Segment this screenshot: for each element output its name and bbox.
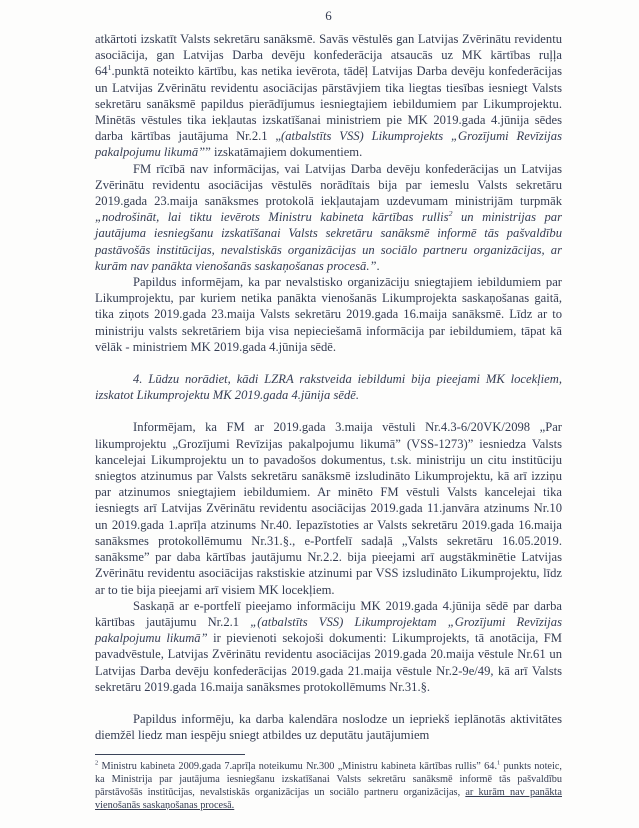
paragraph-text: FM rīcībā nav informācijas, vai Latvijas… (95, 162, 562, 208)
footnote-text: Ministru kabineta 2009.gada 7.aprīļa not… (98, 761, 497, 772)
quoted-protocol-italic: „nodrošināt, lai tiktu ievērots Ministru… (95, 210, 449, 224)
paragraph-additional-info: Papildus informējam, ka par nevalstisko … (95, 274, 562, 355)
paragraph-fm-information: FM rīcībā nav informācijas, vai Latvijas… (95, 161, 562, 274)
document-body: atkārtoti izskatīt Valsts sekretāru sanā… (95, 31, 562, 743)
paragraph-closing: Papildus informēju, ka darba kalendāra n… (95, 711, 562, 743)
footnote-2: 2 Ministru kabineta 2009.gada 7.aprīļa n… (95, 760, 562, 812)
question-text-italic: 4. Lūdzu norādiet, kādi LZRA rakstveida … (95, 372, 562, 402)
paragraph-text: ” izskatāmajiem dokumentiem. (205, 145, 362, 159)
document-page: 6 atkārtoti izskatīt Valsts sekretāru sa… (0, 0, 639, 828)
paragraph-question-4: 4. Lūdzu norādiet, kādi LZRA rakstveida … (95, 371, 562, 403)
paragraph-continuation: atkārtoti izskatīt Valsts sekretāru sanā… (95, 31, 562, 161)
footnote-separator (95, 754, 245, 755)
paragraph-text: Informējam, ka FM ar 2019.gada 3.maija v… (95, 420, 562, 596)
paragraph-text: Papildus informēju, ka darba kalendāra n… (95, 712, 562, 742)
paragraph-text: . (376, 259, 379, 273)
page-number: 6 (95, 8, 562, 24)
paragraph-answer-4: Informējam, ka FM ar 2019.gada 3.maija v… (95, 419, 562, 597)
paragraph-eportfolio: Saskaņā ar e-portfelī pieejamo informāci… (95, 598, 562, 695)
paragraph-text: Papildus informējam, ka par nevalstisko … (95, 275, 562, 354)
